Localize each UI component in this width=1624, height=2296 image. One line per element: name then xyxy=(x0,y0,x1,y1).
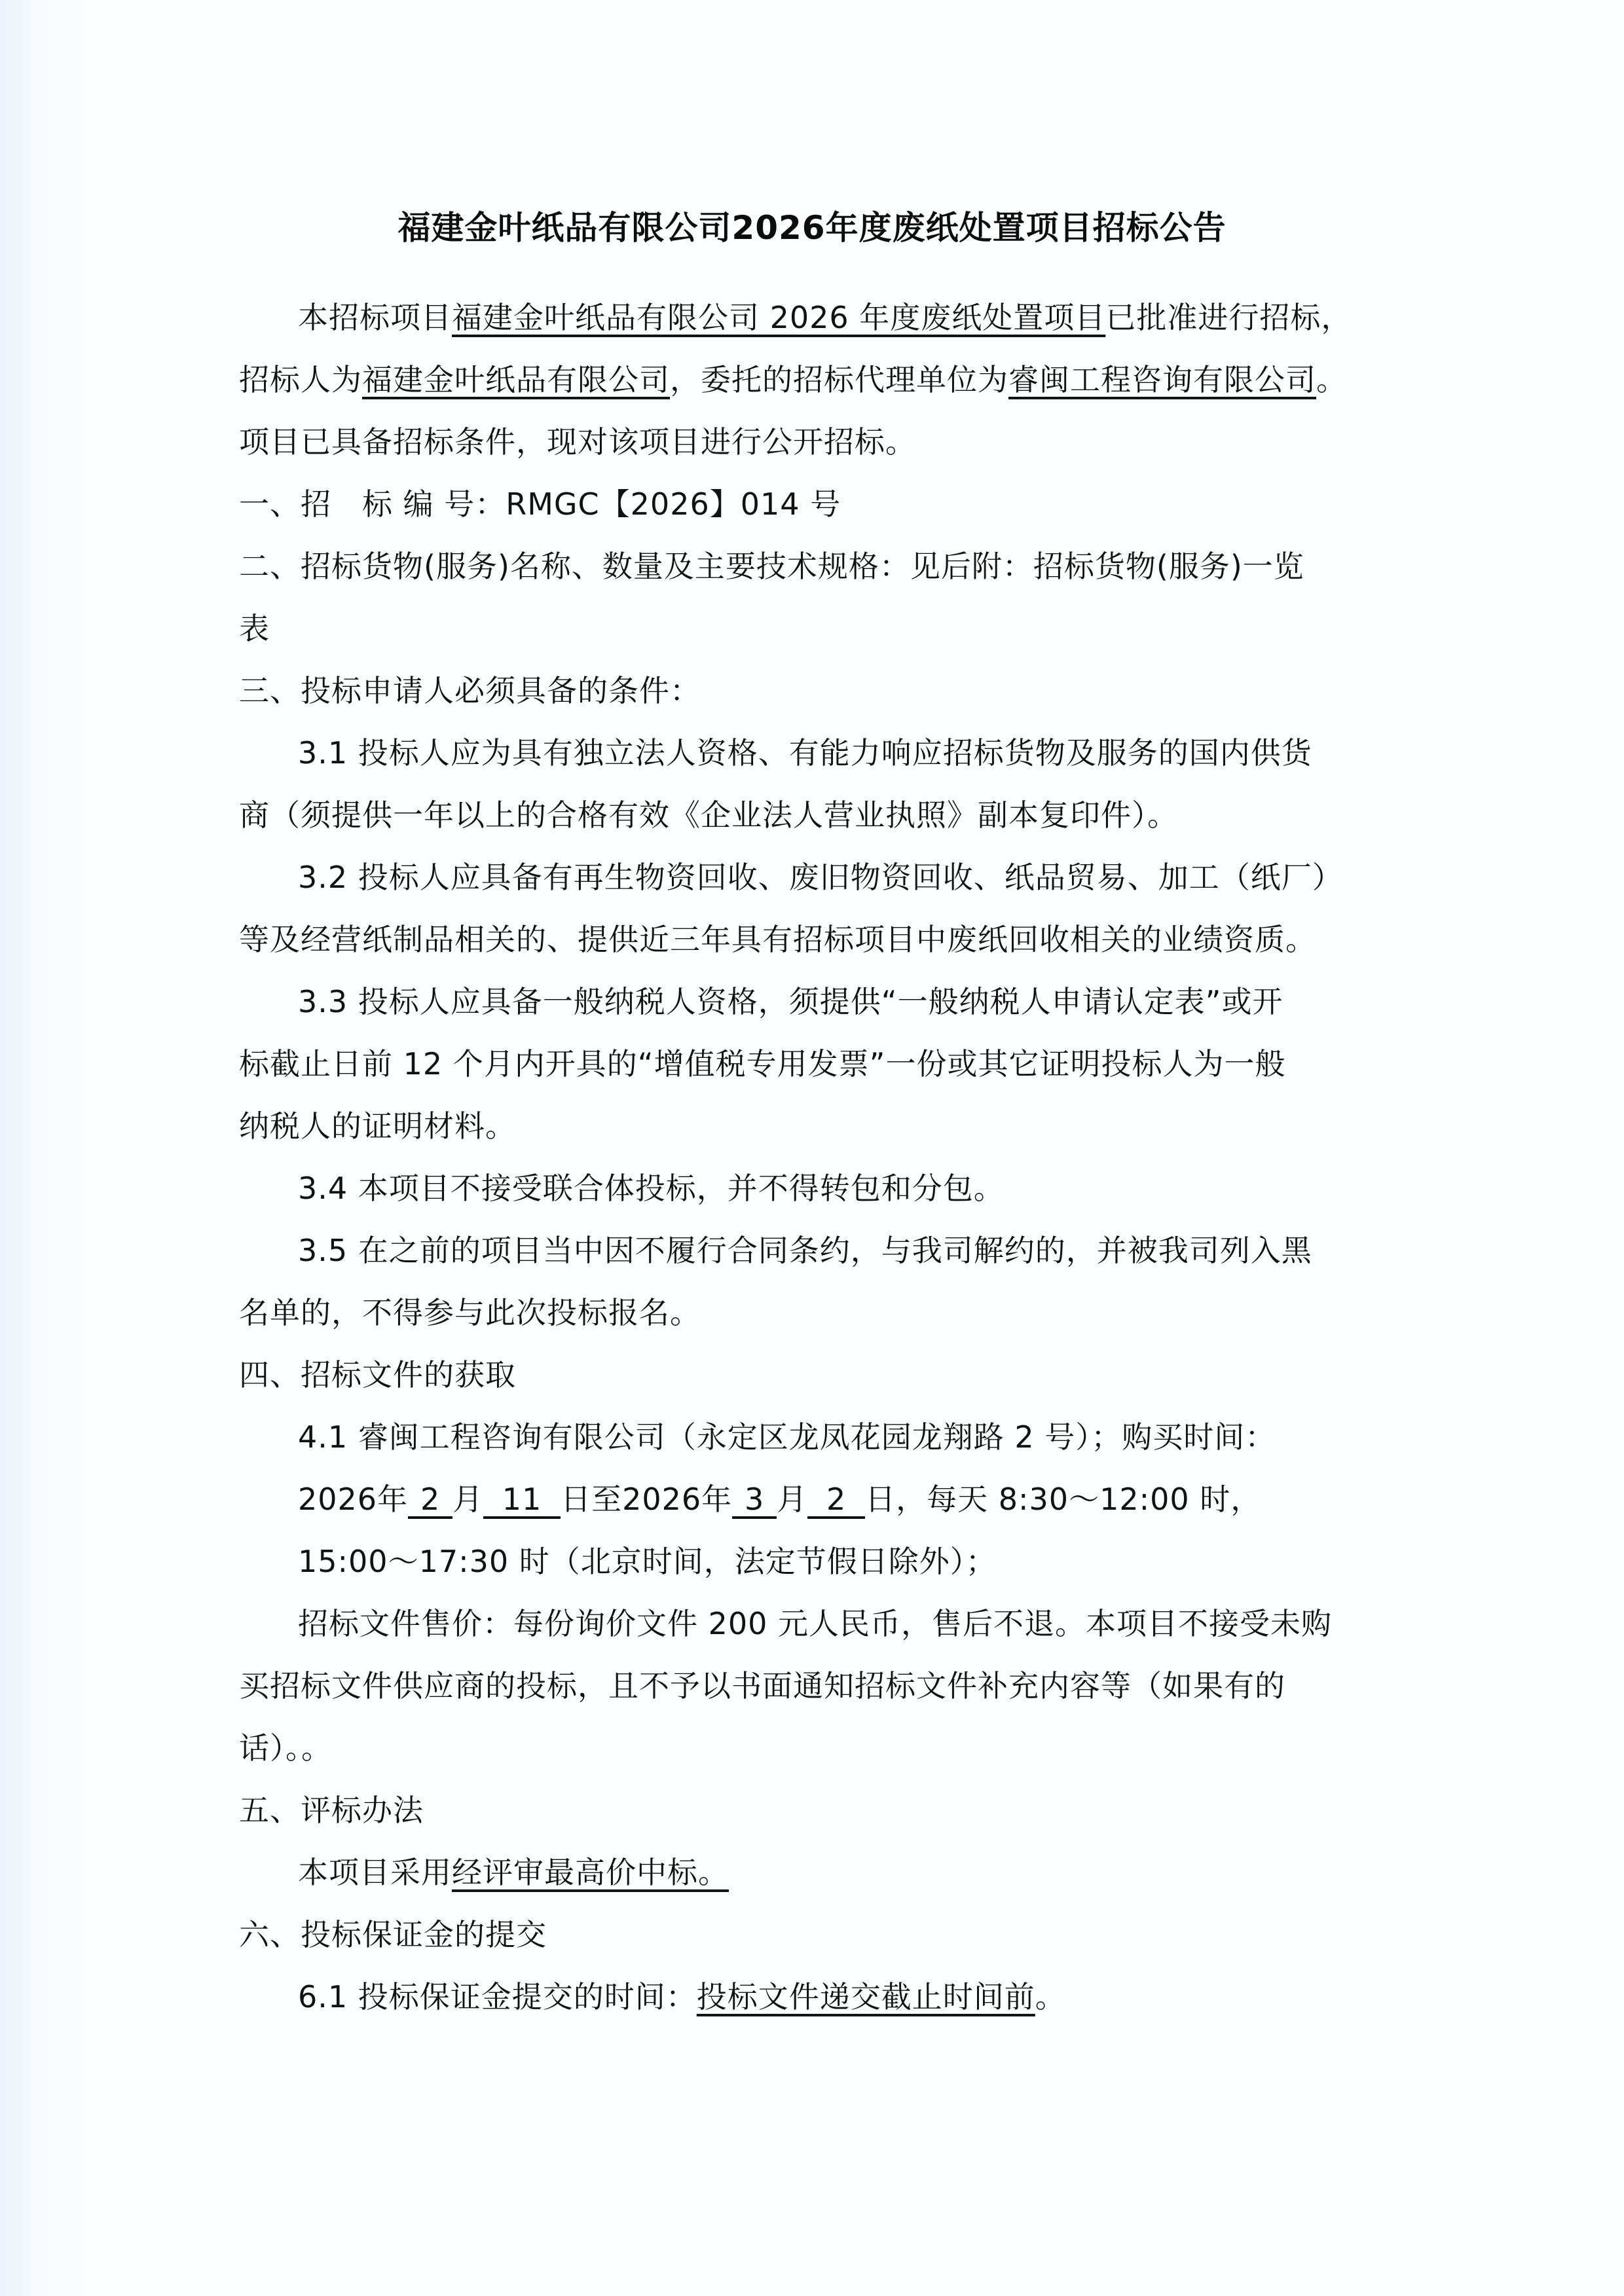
tenderer-name: 福建金叶纸品有限公司 xyxy=(362,362,670,397)
project-name: 福建金叶纸品有限公司 2026 年度废纸处置项目 xyxy=(452,300,1105,335)
item-3-3-line-3: 纳税人的证明材料。 xyxy=(239,1106,516,1146)
document-page: 福建金叶纸品有限公司2026年度废纸处置项目招标公告 本招标项目福建金叶纸品有限… xyxy=(0,0,1624,2296)
price-line-3: 话）。。 xyxy=(239,1728,332,1768)
daily-hours: 日，每天 8:30～12:00 时， xyxy=(865,1482,1261,1517)
section-2-line-2: 表 xyxy=(239,609,270,648)
month-label: 月 xyxy=(452,1482,483,1517)
afternoon-hours: 15:00～17:30 时（北京时间，法定节假日除外）； xyxy=(298,1542,997,1581)
section-2-line-1: 二、招标货物(服务)名称、数量及主要技术规格：见后附：招标货物(服务)一览 xyxy=(239,547,1304,586)
end-day: 2 xyxy=(807,1482,865,1519)
item-6-1-label: 6.1 投标保证金提交的时间： xyxy=(298,1979,697,2014)
intro-text: 。 xyxy=(1316,362,1347,397)
item-3-2-line-2: 等及经营纸制品相关的、提供近三年具有招标项目中废纸回收相关的业绩资质。 xyxy=(239,920,1316,959)
item-6-1-suffix: 。 xyxy=(1035,1979,1066,2014)
end-month: 3 xyxy=(732,1482,777,1519)
agent-name: 睿闽工程咨询有限公司 xyxy=(1008,362,1316,397)
month-label: 月 xyxy=(777,1482,807,1517)
section-5-heading: 五、评标办法 xyxy=(239,1791,424,1830)
item-3-1-line-2: 商（须提供一年以上的合格有效《企业法人营业执照》副本复印件）。 xyxy=(239,795,1178,835)
start-day: 11 xyxy=(483,1482,561,1519)
page-title: 福建金叶纸品有限公司2026年度废纸处置项目招标公告 xyxy=(0,202,1624,249)
intro-text: 本招标项目 xyxy=(298,300,452,335)
item-3-4: 3.4 本项目不接受联合体投标，并不得转包和分包。 xyxy=(298,1169,1005,1208)
price-line-2: 买招标文件供应商的投标，且不予以书面通知招标文件补充内容等（如果有的 xyxy=(239,1666,1285,1705)
tender-number: 一、招 标 编 号：RMGC【2026】014 号 xyxy=(239,484,841,524)
section-3-heading: 三、投标申请人必须具备的条件： xyxy=(239,671,701,710)
item-3-3-line-1: 3.3 投标人应具备一般纳税人资格，须提供“一般纳税人申请认定表”或开 xyxy=(298,982,1283,1021)
intro-line-1: 本招标项目福建金叶纸品有限公司 2026 年度废纸处置项目已批准进行招标， xyxy=(298,298,1352,337)
item-4-1-line-1: 4.1 睿闽工程咨询有限公司（永定区龙凤花园龙翔路 2 号）；购买时间： xyxy=(298,1417,1276,1457)
evaluation-method-value: 经评审最高价中标。 xyxy=(452,1855,729,1890)
purchase-period: 2026年2月11日至2026年3月2日，每天 8:30～12:00 时， xyxy=(298,1480,1261,1519)
item-3-5-line-2: 名单的，不得参与此次投标报名。 xyxy=(239,1293,701,1332)
tender-number-label: 一、招 标 编 号： xyxy=(239,486,506,522)
item-3-3-line-2: 标截止日前 12 个月内开具的“增值税专用发票”一份或其它证明投标人为一般 xyxy=(239,1044,1285,1084)
intro-text: ，委托的招标代理单位为 xyxy=(670,362,1008,397)
evaluation-method: 本项目采用经评审最高价中标。 xyxy=(298,1853,729,1892)
evaluation-prefix: 本项目采用 xyxy=(298,1855,452,1890)
item-3-2-line-1: 3.2 投标人应具备有再生物资回收、废旧物资回收、纸品贸易、加工（纸厂） xyxy=(298,858,1343,897)
year-label: 年 xyxy=(377,1482,408,1517)
tender-number-value: RMGC【2026】014 号 xyxy=(506,486,841,522)
item-6-1: 6.1 投标保证金提交的时间：投标文件递交截止时间前。 xyxy=(298,1977,1066,2016)
intro-line-3: 项目已具备招标条件，现对该项目进行公开招标。 xyxy=(239,422,916,462)
section-6-heading: 六、投标保证金的提交 xyxy=(239,1915,547,1954)
price-line-1: 招标文件售价：每份询价文件 200 元人民币，售后不退。本项目不接受未购 xyxy=(298,1604,1332,1643)
deposit-deadline: 投标文件递交截止时间前 xyxy=(697,1979,1035,2014)
end-year: 2026 xyxy=(622,1482,701,1517)
intro-text: 招标人为 xyxy=(239,362,362,397)
intro-line-2: 招标人为福建金叶纸品有限公司，委托的招标代理单位为睿闽工程咨询有限公司。 xyxy=(239,360,1347,399)
year-label: 年 xyxy=(701,1482,732,1517)
section-4-heading: 四、招标文件的获取 xyxy=(239,1355,516,1394)
start-month: 2 xyxy=(408,1482,452,1519)
item-3-1-line-1: 3.1 投标人应为具有独立法人资格、有能力响应招标货物及服务的国内供货 xyxy=(298,733,1312,773)
item-3-5-line-1: 3.5 在之前的项目当中因不履行合同条约，与我司解约的，并被我司列入黑 xyxy=(298,1231,1312,1270)
day-to-label: 日至 xyxy=(561,1482,622,1517)
start-year: 2026 xyxy=(298,1482,377,1517)
intro-text: 已批准进行招标， xyxy=(1105,300,1352,335)
